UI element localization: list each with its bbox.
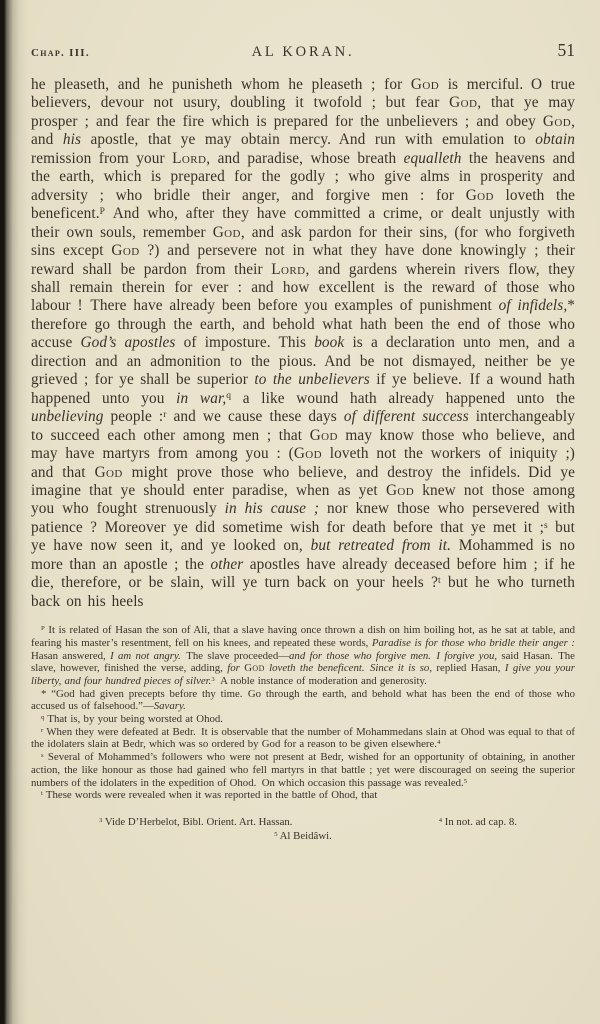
reference-4: 4 In not. ad cap. 8. (439, 816, 517, 830)
text-run: people : (103, 408, 163, 425)
text-run: 5 (464, 778, 467, 785)
reference-5: 5 Al Beidâwi. (274, 830, 332, 842)
text-run: remission from your (31, 150, 172, 167)
text-run: and we cause these days (167, 408, 344, 425)
text-run: God (386, 482, 414, 499)
text-run: In not. ad cap. 8. (442, 816, 517, 828)
text-run: God (543, 113, 571, 130)
text-run: to the unbelievers (254, 371, 369, 388)
text-run: P (41, 625, 45, 632)
footnote-r: r When they were defeated at Bedr. It is… (31, 726, 575, 751)
text-run: Paradise is for those who bridle their a… (372, 637, 575, 649)
text-run: God (95, 464, 123, 481)
text-run: God (310, 427, 338, 444)
text-run: equalleth (404, 150, 462, 167)
text-run: Lord (271, 261, 305, 278)
references-row: 3 Vide D’Herbelot, Bibl. Orient. Art. Ha… (31, 816, 575, 830)
text-run: s (41, 752, 44, 759)
text-run: God (466, 187, 494, 204)
text-run: God’s apostles (81, 334, 176, 351)
text-run: apostle, that ye may obtain mercy. And r… (81, 131, 535, 148)
text-run: God (213, 224, 241, 241)
text-run: Lord (172, 150, 206, 167)
text-run: of infidels, (499, 297, 568, 314)
text-run: in his cause ; (225, 500, 319, 517)
text-run: God (411, 76, 439, 93)
page-left-edge-shadow (0, 0, 28, 1024)
text-run: and for those who forgive men. (289, 650, 431, 662)
text-run: I am not angry. (110, 650, 181, 662)
text-run: in war, (176, 390, 226, 407)
text-run: his (63, 131, 81, 148)
text-run: for (227, 662, 244, 674)
text-run: Several of Mohammed’s followers who were… (31, 751, 575, 788)
text-run: 5 (274, 831, 277, 838)
text-run: he pleaseth, and he punisheth whom he pl… (31, 76, 411, 93)
text-run: q (226, 391, 231, 401)
text-run: Al Beidâwi. (278, 830, 332, 842)
text-run: q (41, 714, 44, 721)
text-run: God (449, 94, 477, 111)
text-run: of imposture. This (176, 334, 315, 351)
text-run: God (244, 662, 265, 674)
footnote-asterisk: * “God had given precepts before thy tim… (31, 688, 575, 713)
text-run: These words were revealed when it was re… (43, 789, 377, 801)
footnote-s: s Several of Mohammed’s followers who we… (31, 751, 575, 789)
text-run: 3 (211, 676, 214, 683)
text-run: God (294, 445, 322, 462)
text-run: r (163, 410, 166, 420)
text-run: Since it is so (370, 662, 429, 674)
text-run: obtain (535, 131, 575, 148)
footnote-p: P It is related of Hasan the son of Ali,… (31, 624, 575, 688)
main-text: he pleaseth, and he punisheth whom he pl… (31, 76, 575, 611)
references-center-row: 5 Al Beidâwi. (31, 830, 575, 844)
text-run: The slave proceeded— (181, 650, 289, 662)
text-run: r (41, 727, 43, 734)
text-run: s (544, 521, 548, 531)
text-run: a like wound hath already happened unto … (231, 390, 575, 407)
footnotes-section: P It is related of Hasan the son of Ali,… (31, 624, 575, 802)
book-page: Chap. III. AL KORAN. 51 he pleaseth, and… (0, 0, 600, 1024)
text-run: Hasan answered, (31, 650, 110, 662)
text-run: That is, by your being worsted at Ohod. (44, 713, 223, 725)
chapter-label: Chap. III. (31, 47, 161, 59)
references-section: 3 Vide D’Herbelot, Bibl. Orient. Art. Ha… (31, 816, 575, 844)
text-run: t (438, 576, 441, 586)
text-run: unbelieving (31, 408, 103, 425)
text-run: loveth the beneficent. (265, 662, 365, 674)
footnote-q: q That is, by your being worsted at Ohod… (31, 713, 575, 726)
text-run: other (210, 556, 243, 573)
text-run: , replied Hasan, (429, 662, 505, 674)
footnote-t: t These words were revealed when it was … (31, 789, 575, 802)
text-run: but retreated from it. (311, 537, 451, 554)
page-number: 51 (445, 40, 575, 61)
text-run: 4 (437, 739, 440, 746)
text-run: A noble instance of moderation and gener… (215, 675, 427, 687)
text-run: , and paradise, whose breath (206, 150, 403, 167)
text-run: God (111, 242, 139, 259)
text-run: book (314, 334, 344, 351)
running-title: AL KORAN. (161, 44, 445, 61)
text-run: P (100, 207, 105, 217)
text-run: 4 (439, 817, 442, 824)
text-run: When they were defeated at Bedr. It is o… (31, 726, 575, 751)
text-run: I forgive you (436, 650, 494, 662)
page-header: Chap. III. AL KORAN. 51 (31, 40, 575, 61)
text-run: Vide D’Herbelot, Bibl. Orient. Art. Hass… (102, 816, 292, 828)
text-run: * “God had given precepts before thy tim… (31, 688, 575, 713)
reference-3: 3 Vide D’Herbelot, Bibl. Orient. Art. Ha… (99, 816, 293, 830)
text-run: of different success (344, 408, 469, 425)
text-run: Savary. (154, 700, 186, 712)
text-run: 3 (99, 817, 102, 824)
text-run: t (41, 790, 43, 797)
